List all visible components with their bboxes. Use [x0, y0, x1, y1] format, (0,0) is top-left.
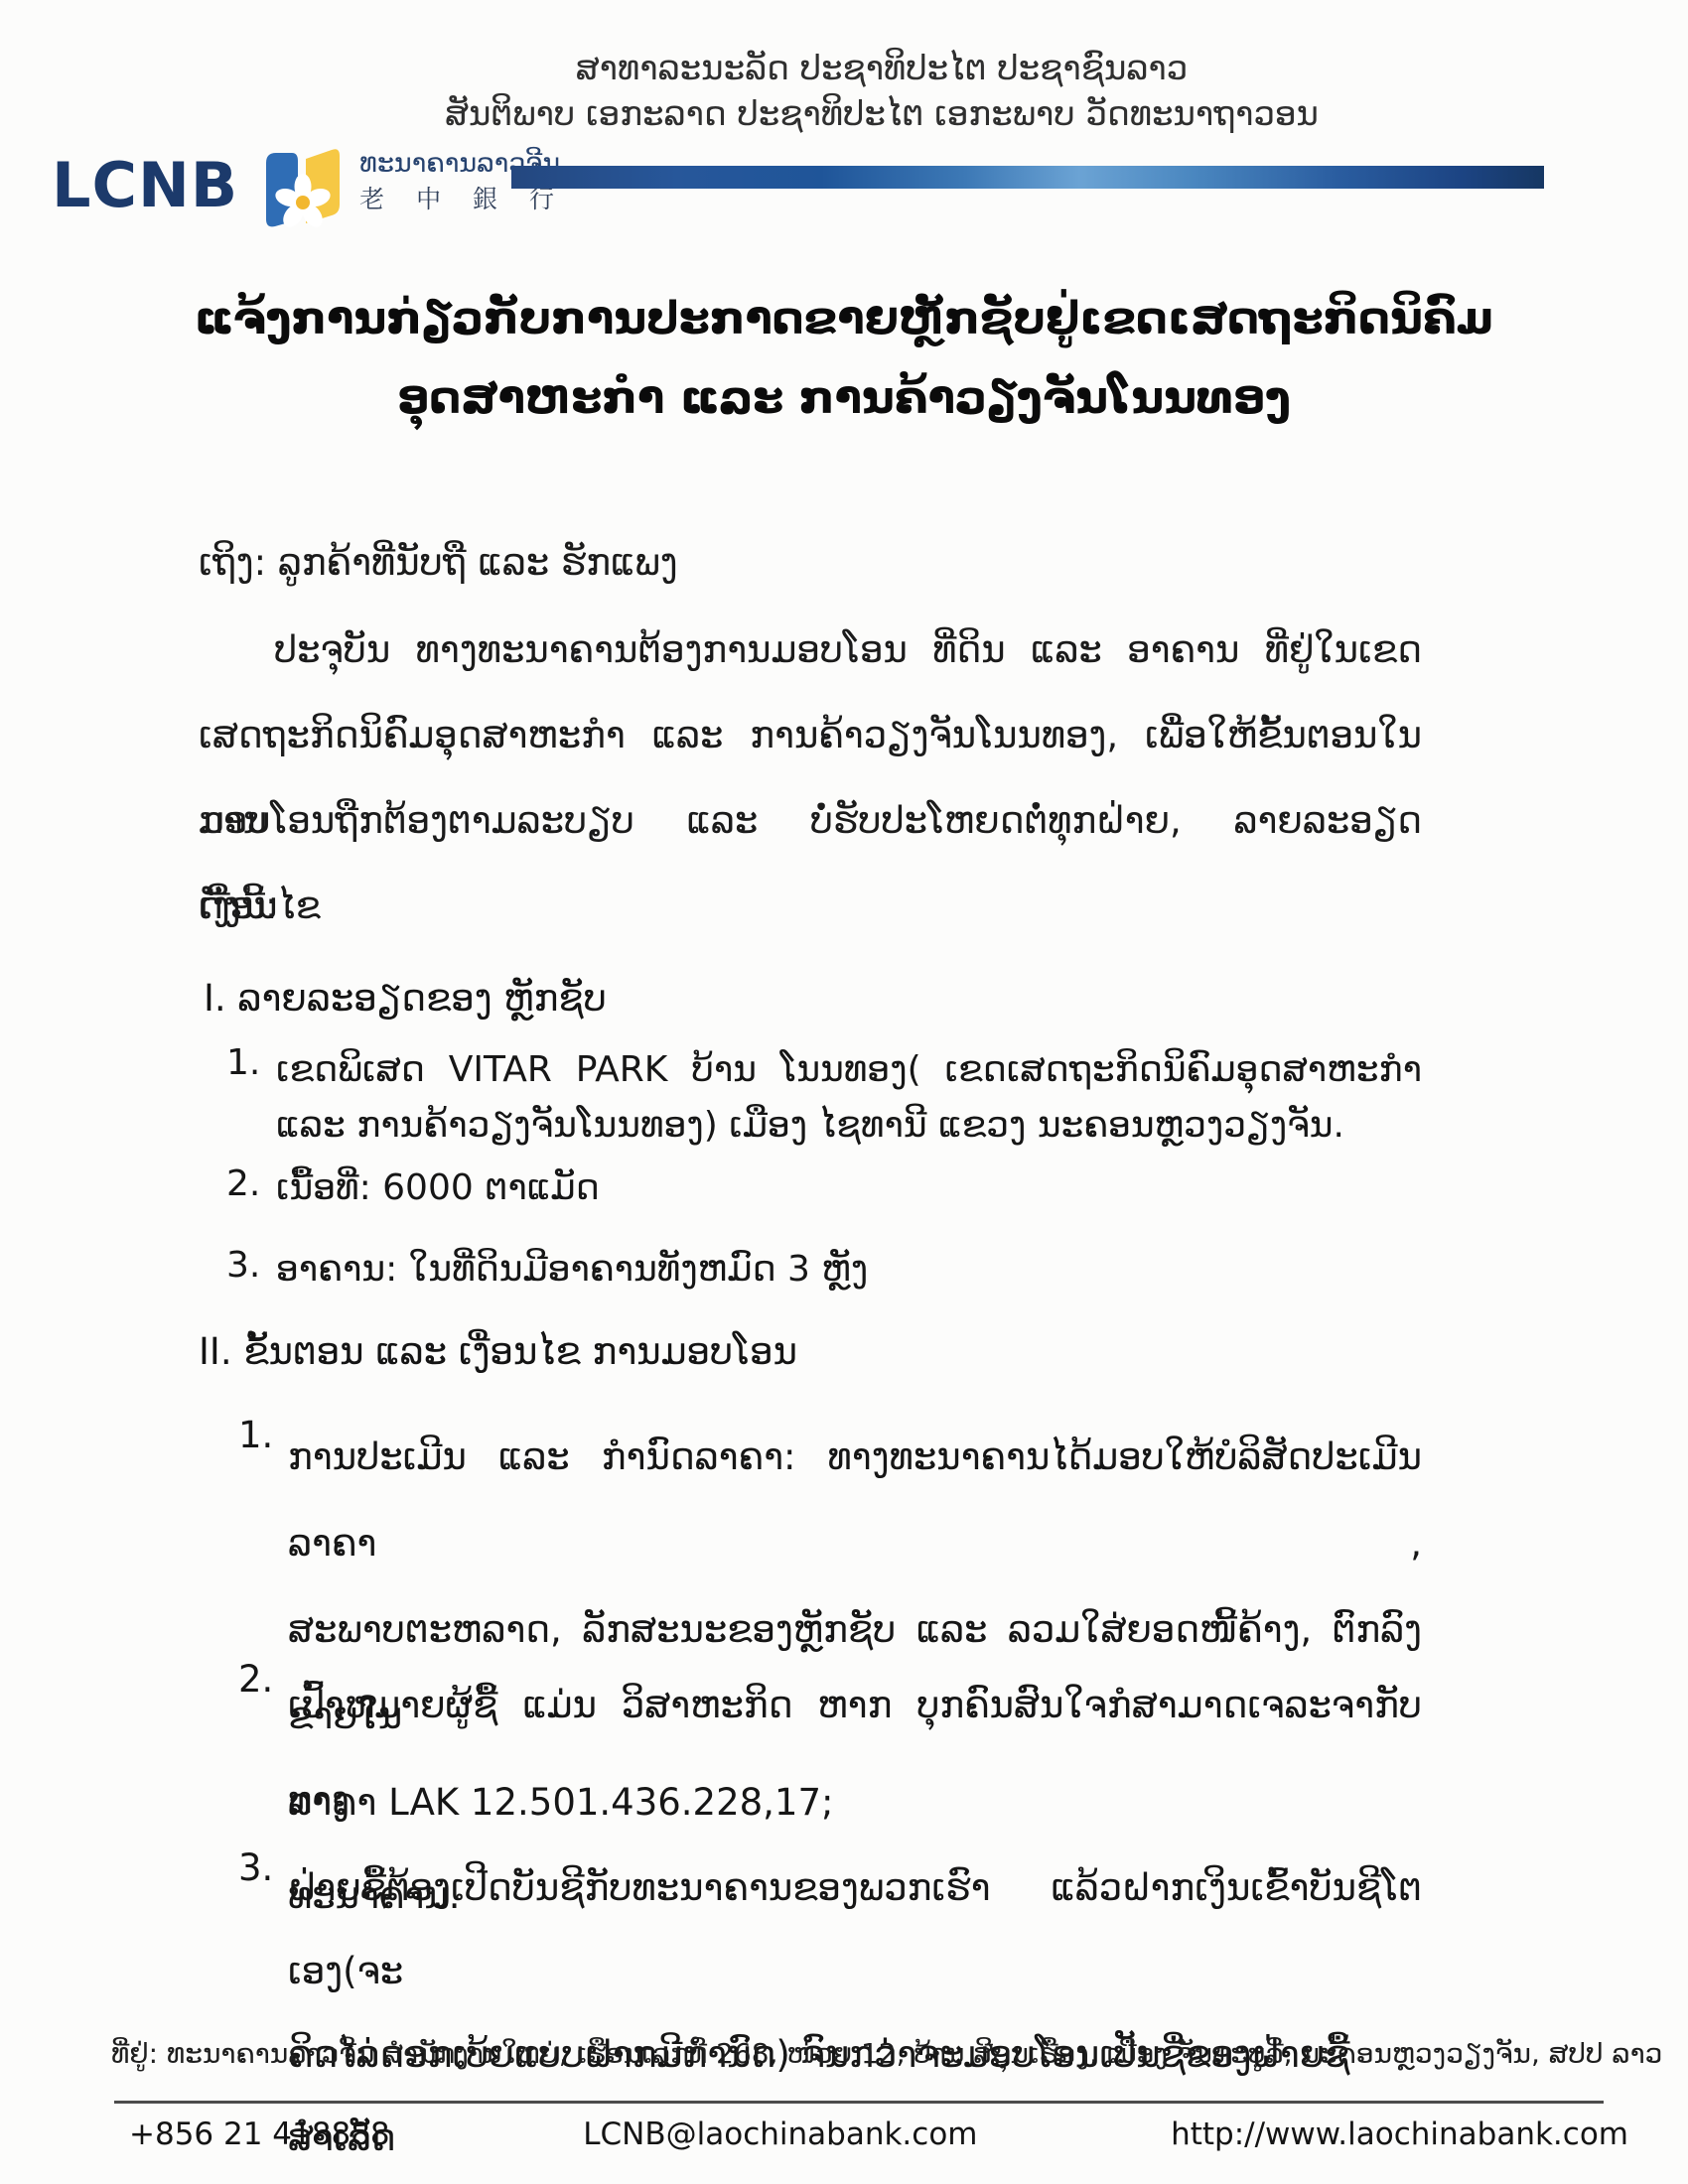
- bank-logo: LCNB ທະນາຄານລາວຈີນ 老 中 銀 行: [52, 141, 566, 235]
- document-page: ສາທາລະນະລັດ ປະຊາທິປະໄຕ ປະຊາຊົນລາວ ສັນຕິພ…: [0, 0, 1688, 2184]
- intro-line: ເສດຖະກິດນິຄົມອຸດສາຫະກຳ ແລະ ການຄ້າວຽງຈັນໂ…: [199, 693, 1422, 778]
- document-title-line2: ອຸດສາຫະກຳ ແລະ ການຄ້າວຽງຈັນໂນນທອງ: [0, 365, 1688, 431]
- item-number: 1.: [226, 1042, 276, 1083]
- footer-contacts: +856 21 418888 LCNB@laochinabank.com htt…: [129, 2116, 1628, 2152]
- footer-address: ທີ່ຢູ່: ທະນາຄານລາວຈີນ ສຳນັກງານໃຫຍ່, ເຮືອ…: [111, 2037, 1591, 2070]
- item-text: ເຂດພິເສດ VITAR PARK ບ້ານ ໂນນທອງ( ເຂດເສດຖ…: [276, 1042, 1422, 1154]
- document-title: ແຈ້ງການກ່ຽວກັບການປະກາດຂາຍຫຼັກຊັບຢູ່ເຂດເສ…: [0, 286, 1688, 431]
- list-item-1-2: 2. ເນື້ອທີ່: 6000 ຕາແມັດ: [226, 1163, 1422, 1213]
- header-divider-bar: [511, 166, 1544, 189]
- national-header-line1: ສາທາລະນະລັດ ປະຊາທິປະໄຕ ປະຊາຊົນລາວ: [38, 46, 1688, 91]
- list-item-1-1: 1. ເຂດພິເສດ VITAR PARK ບ້ານ ໂນນທອງ( ເຂດເ…: [226, 1042, 1422, 1154]
- section-1-heading: I. ລາຍລະອຽດຂອງ ຫຼັກຊັບ: [204, 977, 607, 1020]
- item-line: ເປົ້າຫມາຍຜູ້ຊື້ ແມ່ນ ວິສາຫະກິດ ຫາກ ບຸກຄົ…: [288, 1658, 1422, 1848]
- footer-divider: [114, 2101, 1604, 2104]
- item-line: ຝ່າຍຊື້ຕ້ອງເປີດບັນຊີກັບທະນາຄານຂອງພວກເຮົາ…: [288, 1846, 1422, 2013]
- national-header-line2: ສັນຕິພາບ ເອກະລາດ ປະຊາທິປະໄຕ ເອກະພາບ ວັດທ…: [38, 91, 1688, 137]
- section-2-heading: II. ຂັ້ນຕອນ ແລະ ເງື່ອນໄຂ ການມອບໂອນ: [199, 1330, 797, 1373]
- footer-phone: +856 21 418888: [129, 2116, 390, 2152]
- item-line: ອາຄານ: ໃນທີ່ດິນມີອາຄານທັງຫມົດ 3 ຫຼັງ: [276, 1245, 1422, 1295]
- logo-flower-icon: [256, 145, 346, 240]
- document-title-line1: ແຈ້ງການກ່ຽວກັບການປະກາດຂາຍຫຼັກຊັບຢູ່ເຂດເສ…: [0, 286, 1688, 351]
- item-line: ເຂດພິເສດ VITAR PARK ບ້ານ ໂນນທອງ( ເຂດເສດຖ…: [276, 1042, 1422, 1098]
- item-number: 1.: [238, 1414, 288, 1456]
- item-line: ເນື້ອທີ່: 6000 ຕາແມັດ: [276, 1163, 1422, 1213]
- intro-line: ປະຈຸບັນ ທາງທະນາຄານຕ້ອງການມອບໂອນ ທີ່ດິນ ແ…: [199, 608, 1422, 693]
- item-text: ເນື້ອທີ່: 6000 ຕາແມັດ: [276, 1163, 1422, 1213]
- footer-website: http://www.laochinabank.com: [1171, 2116, 1628, 2152]
- footer-email: LCNB@laochinabank.com: [583, 2116, 977, 2152]
- item-number: 2.: [226, 1163, 276, 1204]
- item-line: ການປະເມີນ ແລະ ກຳນົດລາຄາ: ທາງທະນາຄານໄດ້ມອ…: [288, 1414, 1422, 1586]
- national-header: ສາທາລະນະລັດ ປະຊາທິປະໄຕ ປະຊາຊົນລາວ ສັນຕິພ…: [38, 46, 1688, 137]
- item-number: 2.: [238, 1658, 288, 1701]
- intro-paragraph: ປະຈຸບັນ ທາງທະນາຄານຕ້ອງການມອບໂອນ ທີ່ດິນ ແ…: [199, 608, 1422, 949]
- item-number: 3.: [238, 1846, 288, 1889]
- salutation: ເຖິງ: ລູກຄ້າທີ່ນັບຖື ແລະ ຮັກແພງ: [199, 541, 678, 584]
- item-text: ອາຄານ: ໃນທີ່ດິນມີອາຄານທັງຫມົດ 3 ຫຼັງ: [276, 1245, 1422, 1295]
- item-line: ແລະ ການຄ້າວຽງຈັນໂນນທອງ) ເມືອງ ໄຊທານີ ແຂວ…: [276, 1098, 1422, 1154]
- list-item-1-3: 3. ອາຄານ: ໃນທີ່ດິນມີອາຄານທັງຫມົດ 3 ຫຼັງ: [226, 1245, 1422, 1295]
- item-number: 3.: [226, 1245, 276, 1286]
- lcnb-wordmark: LCNB: [52, 141, 238, 230]
- intro-line: ມອບໂອນຖືກຕ້ອງຕາມລະບຽບ ແລະ ບໍ່ຮັບປະໂຫຍດຕໍ…: [199, 778, 1422, 864]
- intro-line: ດັ່ງນີ້:: [199, 864, 1422, 949]
